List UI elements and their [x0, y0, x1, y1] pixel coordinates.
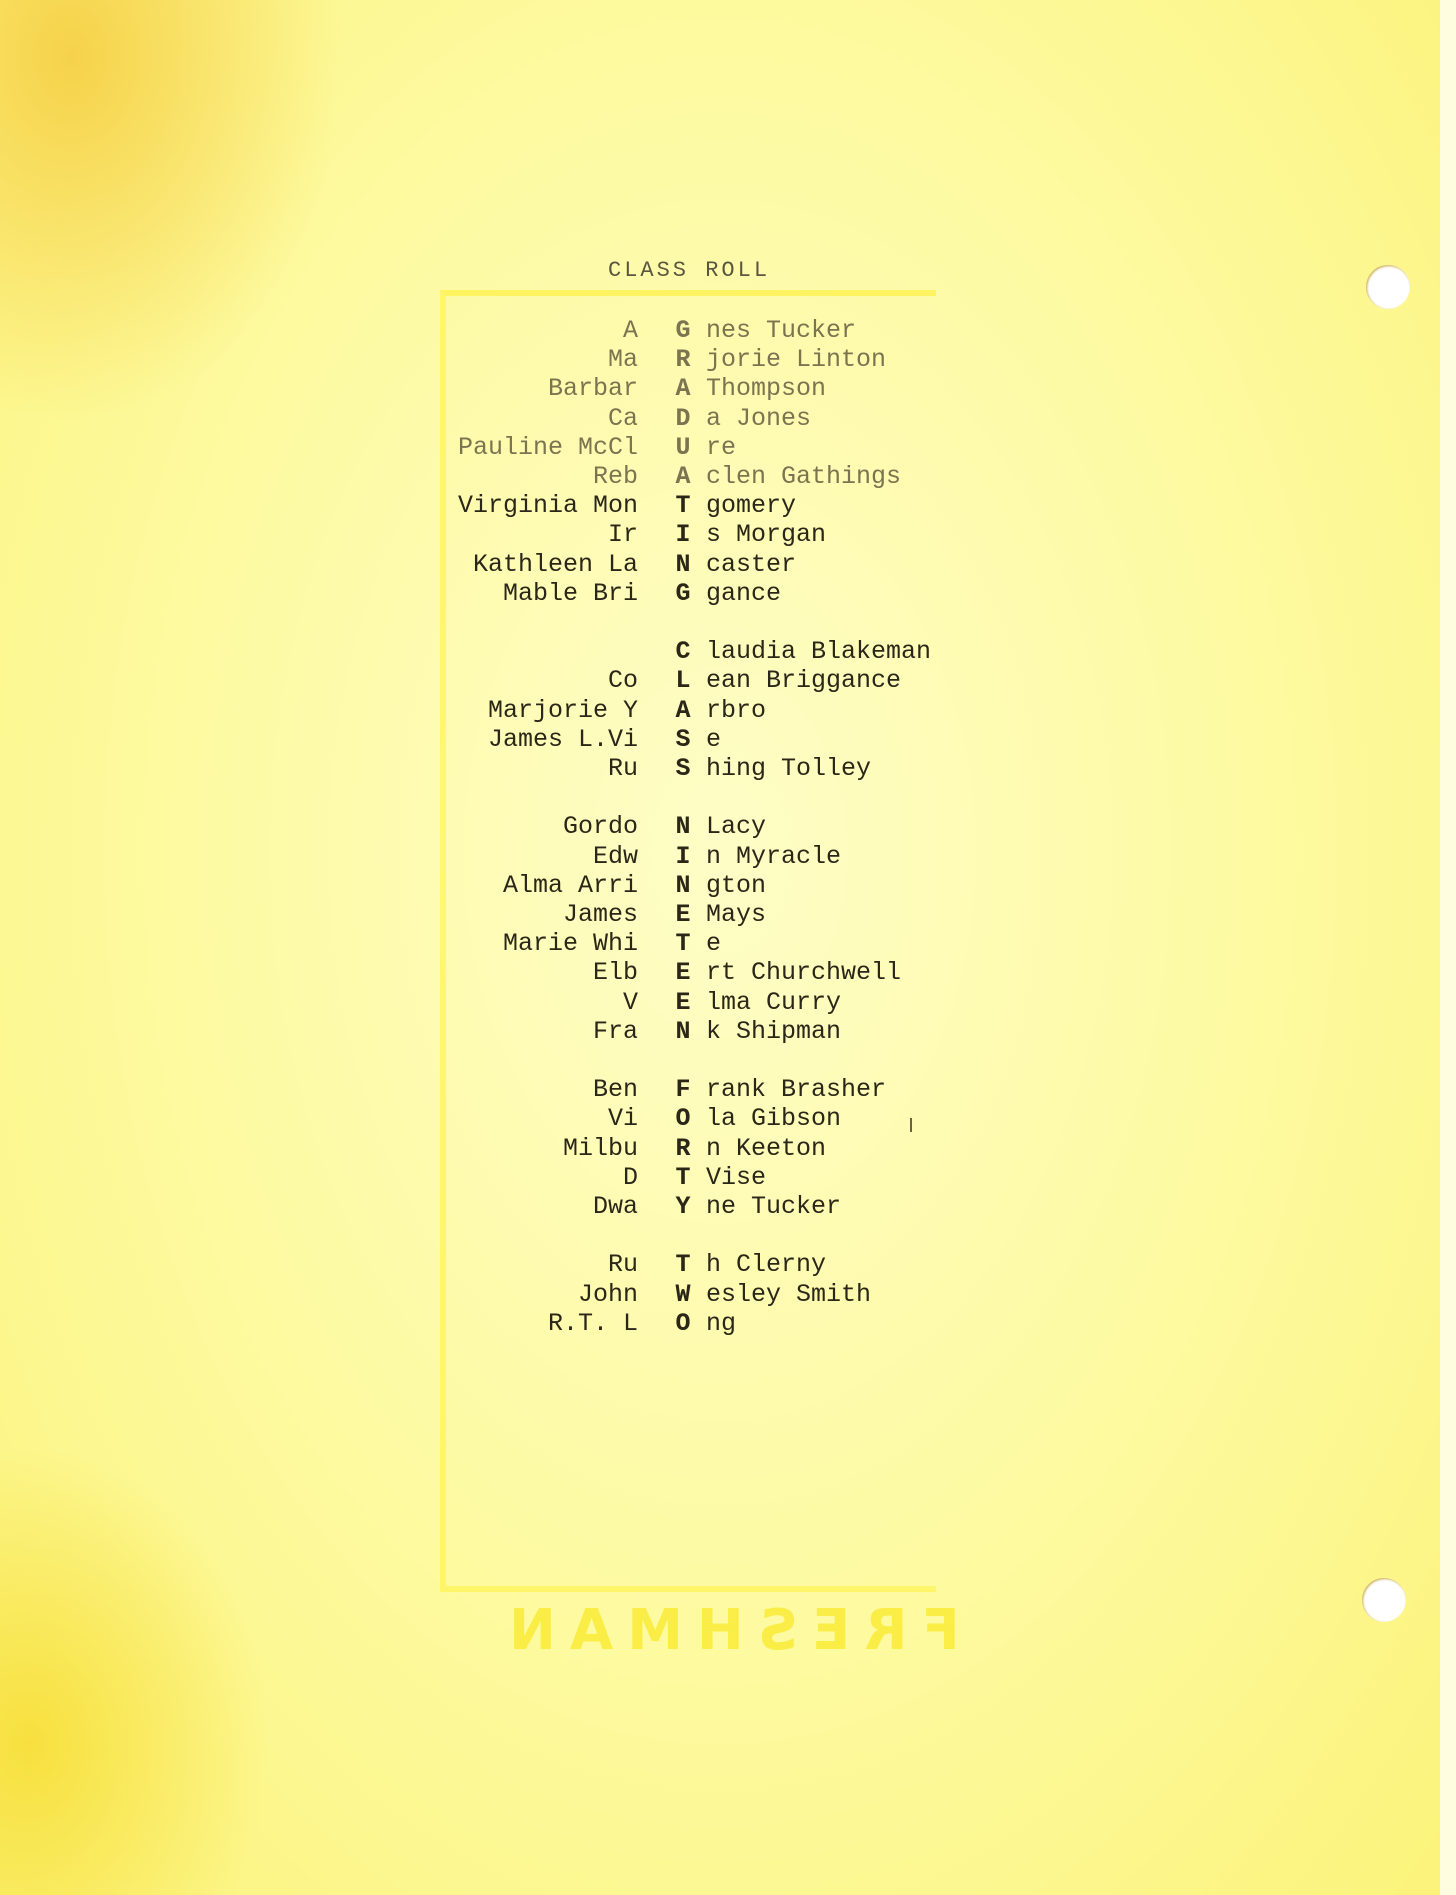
acrostic-letter: N	[672, 550, 694, 579]
acrostic-letter: S	[672, 754, 694, 783]
name-suffix: h Clerny	[706, 1250, 826, 1279]
name-suffix: la Gibson	[706, 1104, 841, 1133]
bleed-through-word: FRESHMAN	[495, 1598, 960, 1663]
acrostic-letter: R	[672, 345, 694, 374]
name-suffix: gance	[706, 579, 781, 608]
name-prefix: Milbu	[563, 1134, 638, 1163]
name-prefix: John	[578, 1280, 638, 1309]
name-prefix: James	[563, 900, 638, 929]
acrostic-letter: W	[672, 1280, 694, 1309]
name-prefix: Dwa	[593, 1192, 638, 1221]
acrostic-letter: E	[672, 900, 694, 929]
acrostic-letter: T	[672, 1250, 694, 1279]
acrostic-letter: T	[672, 491, 694, 520]
name-prefix: Marjorie Y	[488, 696, 638, 725]
name-suffix: nes Tucker	[706, 316, 856, 345]
name-suffix: rt Churchwell	[706, 958, 901, 987]
name-suffix: Mays	[706, 900, 766, 929]
name-suffix: k Shipman	[706, 1017, 841, 1046]
acrostic-letter: D	[672, 404, 694, 433]
acrostic-letter: N	[672, 812, 694, 841]
name-suffix: Vise	[706, 1163, 766, 1192]
name-suffix: a Jones	[706, 404, 811, 433]
name-suffix: ng	[706, 1309, 736, 1338]
name-prefix: V	[623, 988, 638, 1017]
page-edge	[1440, 0, 1456, 1895]
name-prefix: Ru	[608, 754, 638, 783]
acrostic-letter: A	[672, 696, 694, 725]
name-prefix: Fra	[593, 1017, 638, 1046]
acrostic-letter: E	[672, 958, 694, 987]
name-prefix: Edw	[593, 842, 638, 871]
name-suffix: rank Brasher	[706, 1075, 886, 1104]
name-prefix: Pauline McCl	[458, 433, 638, 462]
acrostic-letter: O	[672, 1104, 694, 1133]
acrostic-letter: Y	[672, 1192, 694, 1221]
name-suffix: n Myracle	[706, 842, 841, 871]
acrostic-letter: R	[672, 1134, 694, 1163]
name-prefix: Ir	[608, 520, 638, 549]
page-title: CLASS ROLL	[608, 258, 770, 283]
name-suffix: lma Curry	[706, 988, 841, 1017]
name-prefix: Ben	[593, 1075, 638, 1104]
acrostic-letter: F	[672, 1075, 694, 1104]
name-suffix: e	[706, 929, 721, 958]
name-prefix: James L.Vi	[488, 725, 638, 754]
name-suffix: esley Smith	[706, 1280, 871, 1309]
acrostic-letter: A	[672, 374, 694, 403]
name-prefix: Gordo	[563, 812, 638, 841]
name-suffix: jorie Linton	[706, 345, 886, 374]
name-prefix: Barbar	[548, 374, 638, 403]
name-prefix: D	[623, 1163, 638, 1192]
name-suffix: gomery	[706, 491, 796, 520]
name-prefix: Marie Whi	[503, 929, 638, 958]
name-suffix: clen Gathings	[706, 462, 901, 491]
name-prefix: Ma	[608, 345, 638, 374]
acrostic-letter: C	[672, 637, 694, 666]
punch-hole-top	[1366, 265, 1410, 309]
name-prefix: Ca	[608, 404, 638, 433]
acrostic-letter: I	[672, 842, 694, 871]
acrostic-letter: N	[672, 871, 694, 900]
name-prefix: Virginia Mon	[458, 491, 638, 520]
name-prefix: R.T. L	[548, 1309, 638, 1338]
name-prefix: Vi	[608, 1104, 638, 1133]
name-suffix: hing Tolley	[706, 754, 871, 783]
punch-hole-bottom	[1362, 1578, 1406, 1622]
name-suffix: caster	[706, 550, 796, 579]
name-suffix: e	[706, 725, 721, 754]
name-suffix: rbro	[706, 696, 766, 725]
paper-sheet: FRESHMAN CLASS ROLL AGnes TuckerMaRjorie…	[0, 0, 1443, 1895]
acrostic-letter: T	[672, 929, 694, 958]
name-prefix: Ru	[608, 1250, 638, 1279]
acrostic-letter: I	[672, 520, 694, 549]
acrostic-letter: G	[672, 579, 694, 608]
name-suffix: gton	[706, 871, 766, 900]
name-prefix: Mable Bri	[503, 579, 638, 608]
name-prefix: Reb	[593, 462, 638, 491]
name-suffix: re	[706, 433, 736, 462]
name-suffix: n Keeton	[706, 1134, 826, 1163]
name-suffix: s Morgan	[706, 520, 826, 549]
acrostic-letter: O	[672, 1309, 694, 1338]
acrostic-letter: N	[672, 1017, 694, 1046]
name-suffix: laudia Blakeman	[706, 637, 931, 666]
name-prefix: A	[623, 316, 638, 345]
acrostic-letter: A	[672, 462, 694, 491]
acrostic-letter: S	[672, 725, 694, 754]
name-suffix: Lacy	[706, 812, 766, 841]
acrostic-letter: T	[672, 1163, 694, 1192]
name-suffix: ean Briggance	[706, 666, 901, 695]
name-suffix: Thompson	[706, 374, 826, 403]
typewriter-mark	[910, 1118, 912, 1132]
name-prefix: Elb	[593, 958, 638, 987]
acrostic-letter: L	[672, 666, 694, 695]
name-prefix: Kathleen La	[473, 550, 638, 579]
acrostic-letter: U	[672, 433, 694, 462]
acrostic-letter: E	[672, 988, 694, 1017]
acrostic-letter: G	[672, 316, 694, 345]
name-prefix: Co	[608, 666, 638, 695]
name-suffix: ne Tucker	[706, 1192, 841, 1221]
name-prefix: Alma Arri	[503, 871, 638, 900]
